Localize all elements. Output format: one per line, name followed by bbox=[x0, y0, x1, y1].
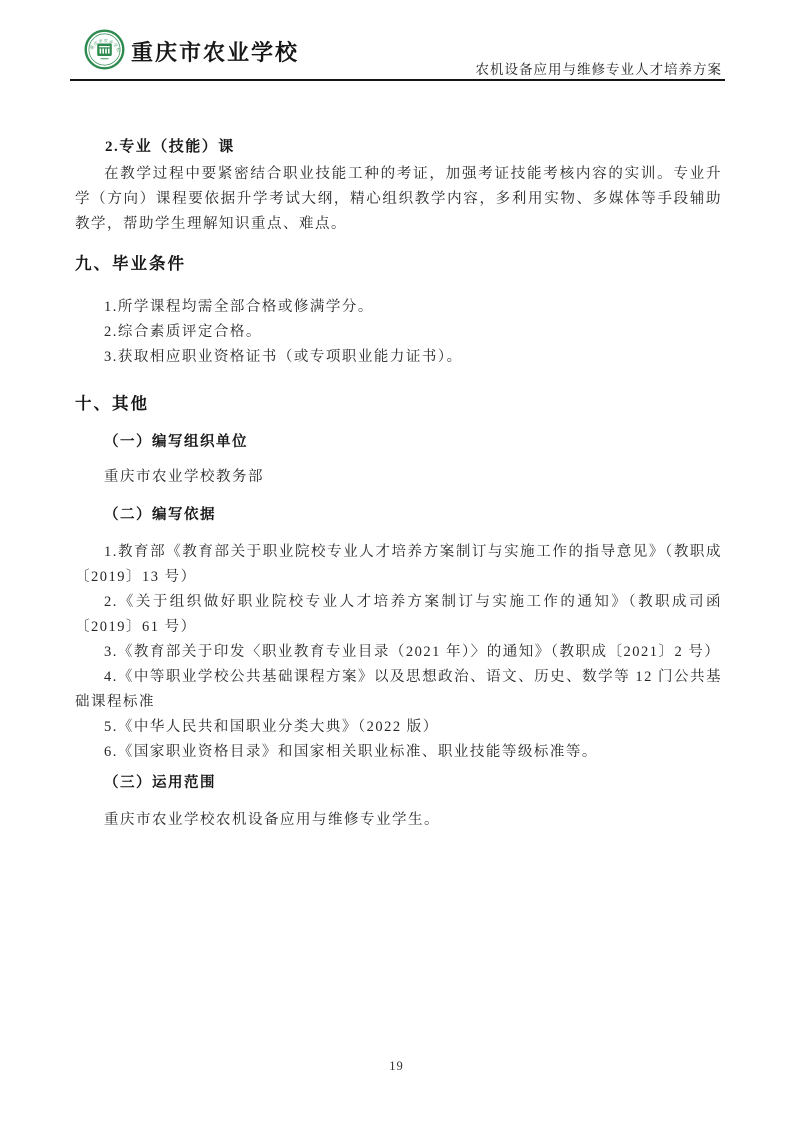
list-item: 1.所学课程均需全部合格或修满学分。 bbox=[75, 295, 722, 320]
graduation-conditions-list: 1.所学课程均需全部合格或修满学分。 2.综合素质评定合格。 3.获取相应职业资… bbox=[75, 295, 722, 370]
document-title: 农机设备应用与维修专业人才培养方案 bbox=[476, 58, 723, 78]
basis-list: 1.教育部《教育部关于职业院校专业人才培养方案制订与实施工作的指导意见》（教职成… bbox=[75, 540, 722, 765]
list-item: 6.《国家职业资格目录》和国家相关职业标准、职业技能等级标准等。 bbox=[75, 740, 722, 765]
list-item: 3.获取相应职业资格证书（或专项职业能力证书）。 bbox=[75, 345, 722, 370]
document-page: 重庆市农业学校 重庆市农业学校 农机设备应用与维修专业人才培养方案 2.专业（技… bbox=[0, 0, 793, 1122]
list-item: 4.《中等职业学校公共基础课程方案》以及思想政治、语文、历史、数学等 12 门公… bbox=[75, 665, 722, 715]
page-header: 重庆市农业学校 重庆市农业学校 农机设备应用与维修专业人才培养方案 bbox=[0, 0, 793, 81]
list-item: 2.《关于组织做好职业院校专业人才培养方案制订与实施工作的通知》（教职成司函〔2… bbox=[75, 590, 722, 640]
page-number: 19 bbox=[389, 1059, 404, 1073]
list-item: 2.综合素质评定合格。 bbox=[75, 320, 722, 345]
subsection-heading-basis: （二）编写依据 bbox=[75, 505, 722, 525]
school-seal-logo-icon: 重庆市农业学校 bbox=[84, 29, 125, 70]
list-item: 1.教育部《教育部关于职业院校专业人才培养方案制订与实施工作的指导意见》（教职成… bbox=[75, 540, 722, 590]
list-item: 3.《教育部关于印发〈职业教育专业目录（2021 年）〉的通知》（教职成〔202… bbox=[75, 640, 722, 665]
skill-course-paragraph: 在教学过程中要紧密结合职业技能工种的考证，加强考证技能考核内容的实训。专业升学（… bbox=[75, 162, 722, 237]
page-body: 2.专业（技能）课 在教学过程中要紧密结合职业技能工种的考证，加强考证技能考核内… bbox=[0, 137, 793, 830]
page-footer: 19 bbox=[0, 1059, 793, 1074]
school-name: 重庆市农业学校 bbox=[131, 38, 299, 68]
scope-body: 重庆市农业学校农机设备应用与维修专业学生。 bbox=[75, 810, 722, 830]
section-heading-graduation: 九、毕业条件 bbox=[75, 253, 722, 275]
header-divider bbox=[70, 79, 725, 81]
org-unit-body: 重庆市农业学校教务部 bbox=[75, 467, 722, 487]
section-heading-other: 十、其他 bbox=[75, 393, 722, 415]
subsection-heading-org-unit: （一）编写组织单位 bbox=[75, 432, 722, 452]
subsection-heading-scope: （三）运用范围 bbox=[75, 773, 722, 793]
list-item: 5.《中华人民共和国职业分类大典》（2022 版） bbox=[75, 715, 722, 740]
skill-course-heading: 2.专业（技能）课 bbox=[75, 137, 722, 158]
